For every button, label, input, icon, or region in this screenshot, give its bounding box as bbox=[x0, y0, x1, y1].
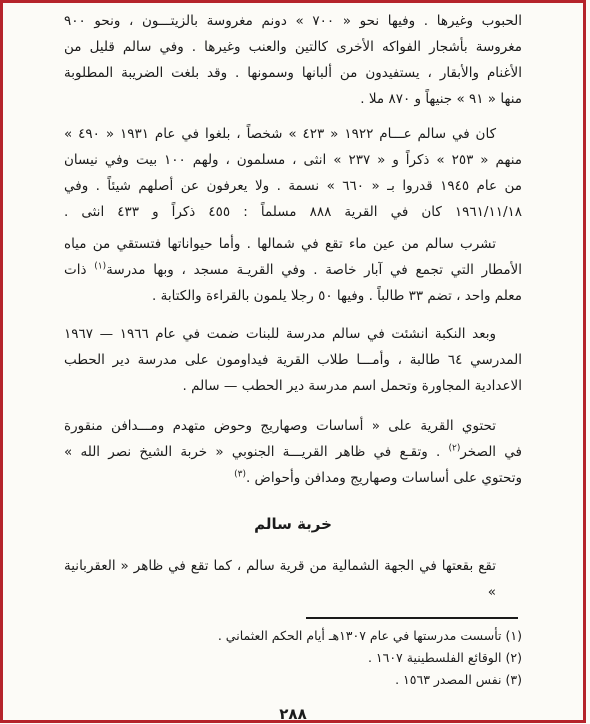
section-heading: خربة سالم bbox=[64, 511, 522, 537]
text-line: ١٩٦١/١١/١٨ كان في القرية ٨٨٨ مسلماً : ٤٥… bbox=[64, 199, 522, 225]
text-line: كان في سالم عـــام ١٩٢٢ « ٤٢٣ » شخصاً ، … bbox=[64, 121, 522, 147]
text-line: الاعدادية المجاورة وتحمل اسم مدرسة دير ا… bbox=[64, 373, 522, 399]
paragraph-population: كان في سالم عـــام ١٩٢٢ « ٤٢٣ » شخصاً ، … bbox=[64, 121, 522, 225]
footnotes: (١) تأسست مدرستها في عام ١٣٠٧هـ أيام الح… bbox=[64, 625, 522, 691]
paragraph-crops-olives: الحبوب وغيرها . وفيها نحو « ٧٠٠ » دونم م… bbox=[64, 8, 522, 112]
paragraph-khirbet-salim: تقع بقعتها في الجهة الشمالية من قرية سال… bbox=[64, 553, 522, 605]
text-line: منهم « ٢٥٣ » ذكراً و « ٢٣٧ » انثى ، مسلم… bbox=[64, 147, 522, 173]
paragraph-ruins: تحتوي القرية على « أساسات وصهاريج وحوض م… bbox=[64, 413, 522, 491]
footnote-item: (٢) الوقائع الفلسطينية ١٦٠٧ . bbox=[64, 647, 522, 669]
text-line: معلم واحد ، تضم ٣٣ طالباً . وفيها ٥٠ رجل… bbox=[64, 283, 522, 309]
paragraph-water-mosque-school: تشرب سالم من عين ماء تقع في شمالها . وأم… bbox=[64, 231, 522, 309]
book-page: الحبوب وغيرها . وفيها نحو « ٧٠٠ » دونم م… bbox=[0, 0, 590, 724]
text-line: المدرسي ٦٤ طالبة ، وأمـــا طلاب القرية ف… bbox=[64, 347, 522, 373]
text-line: الأغنام والأبقار ، يستفيدون من ألبانها و… bbox=[64, 60, 522, 86]
text-line: مغروسة بأشجار الفواكه الأخرى كالتين والع… bbox=[64, 34, 522, 60]
text-line: الأمطار التي تجمع في آبار خاصة . وفي الق… bbox=[64, 257, 522, 283]
text-line: تشرب سالم من عين ماء تقع في شمالها . وأم… bbox=[64, 231, 522, 257]
text-line: وبعد النكبة انشئت في سالم مدرسة للبنات ض… bbox=[64, 321, 522, 347]
page-number: ٢٨٨ bbox=[64, 705, 522, 723]
footnote-separator bbox=[306, 617, 518, 619]
text-line: الحبوب وغيرها . وفيها نحو « ٧٠٠ » دونم م… bbox=[64, 8, 522, 34]
text-line: تحتوي القرية على « أساسات وصهاريج وحوض م… bbox=[64, 413, 522, 439]
text-line: من عام ١٩٤٥ قدروا بـ « ٦٦٠ » نسمة . ولا … bbox=[64, 173, 522, 199]
text-line: تقع بقعتها في الجهة الشمالية من قرية سال… bbox=[64, 553, 522, 605]
text-line: وتحتوي على أساسات وصهاريج ومدافن وأحواض … bbox=[64, 465, 522, 491]
paragraph-girls-school: وبعد النكبة انشئت في سالم مدرسة للبنات ض… bbox=[64, 321, 522, 399]
page-text-column: الحبوب وغيرها . وفيها نحو « ٧٠٠ » دونم م… bbox=[0, 0, 590, 724]
text-line: منها « ٩١ » جنيهاً و ٨٧٠ ملا . bbox=[64, 86, 522, 112]
text-line: في الصخر(٢) . وتقـع في ظاهر القريـــة ال… bbox=[64, 439, 522, 465]
footnote-item: (١) تأسست مدرستها في عام ١٣٠٧هـ أيام الح… bbox=[64, 625, 522, 647]
footnote-item: (٣) نفس المصدر ١٥٦٣ . bbox=[64, 669, 522, 691]
